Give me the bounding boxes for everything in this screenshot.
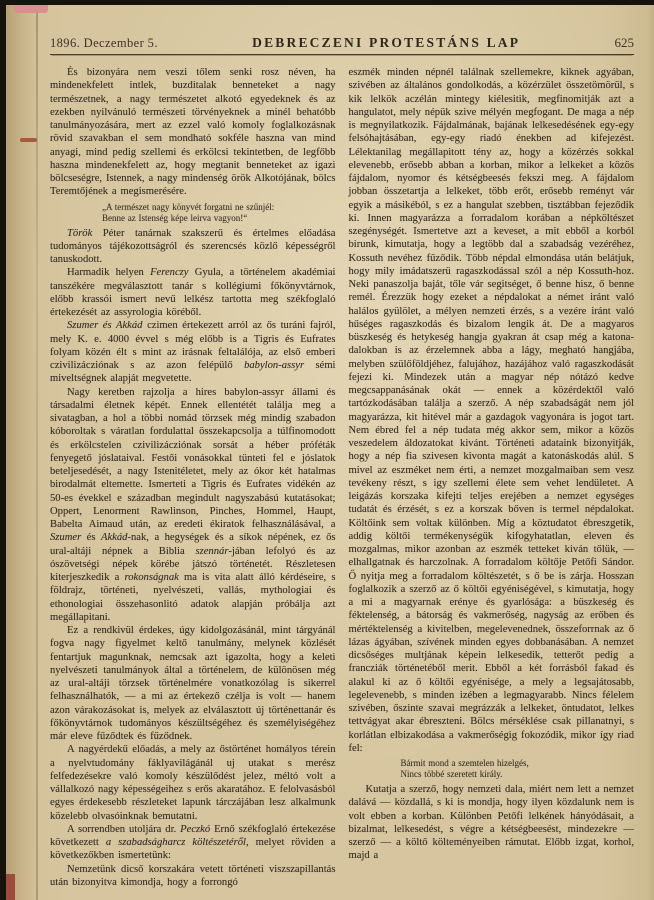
text-run: és [81, 532, 101, 543]
emphasized-text: Akkád [101, 532, 127, 543]
article-columns: És bizonyára nem veszi tőlem senki rosz … [50, 66, 634, 889]
emphasized-text: Török [67, 228, 92, 239]
text-run: Ez a rendkivül érdekes, úgy kidolgozásán… [50, 625, 336, 742]
verse-quote: Bármit mond a szemtelen hizelgés,Nincs t… [401, 758, 635, 780]
page-number: 625 [615, 35, 635, 51]
text-run: A sorrendben utoljára dr. [67, 824, 180, 835]
paragraph: A sorrendben utoljára dr. Peczkó Ernő sz… [50, 823, 336, 863]
text-run: És bizonyára nem veszi tőlem senki rosz … [50, 67, 336, 197]
binding-stitch [20, 138, 37, 142]
verse-line: „A természet nagy könyvét forgatni ne sz… [102, 202, 336, 213]
text-run: A nagyérdekű előadás, a mely az őstörtén… [50, 744, 336, 821]
verse-line: Benne az Istenség képe leirva vagyon!“ [102, 213, 336, 224]
emphasized-text: Ferenczy [150, 267, 188, 278]
paragraph: Nemzetünk dicső korszakára vetett történ… [50, 863, 336, 890]
paragraph: Szumer és Akkád czimen értekezett arról … [50, 319, 336, 385]
binding-edge-bottom [6, 874, 15, 900]
binding-edge-top [14, 5, 48, 13]
paragraph: Harmadik helyen Ferenczy Gyula, a történ… [50, 266, 336, 319]
paragraph: Kutatja a szerző, hogy nemzeti dala, mié… [349, 783, 635, 863]
newspaper-title: DEBRECZENI PROTESTÁNS LAP [158, 35, 615, 51]
text-run: Nemzetünk dicső korszakára vetett történ… [50, 864, 336, 888]
emphasized-text: a szabadságharcz költészetéről, [106, 837, 249, 848]
paragraph: Török Péter tanárnak szakszerű és értelm… [50, 227, 336, 267]
column-left: És bizonyára nem veszi tőlem senki rosz … [50, 66, 336, 889]
text-run: Kutatja a szerző, hogy nemzeti dala, mié… [349, 784, 635, 861]
emphasized-text: Szumer [50, 532, 81, 543]
verse-line: Nincs többé szeretett király. [401, 769, 635, 780]
text-run: eszmék minden népnél találnak szellemekr… [349, 67, 635, 754]
page-content: 1896. Deczember 5. DEBRECZENI PROTESTÁNS… [50, 35, 634, 889]
issue-date: 1896. Deczember 5. [50, 36, 158, 51]
text-run: Harmadik helyen [67, 267, 150, 278]
paragraph: eszmék minden népnél találnak szellemekr… [349, 66, 635, 755]
paragraph: És bizonyára nem veszi tőlem senki rosz … [50, 66, 336, 199]
paragraph: Nagy keretben rajzolja a hires babylon-a… [50, 386, 336, 625]
column-right: eszmék minden népnél találnak szellemekr… [349, 66, 635, 889]
text-run: Nagy keretben rajzolja a hires babylon-a… [50, 387, 336, 531]
emphasized-text: rokonságnak [125, 572, 179, 583]
verse-quote: „A természet nagy könyvét forgatni ne sz… [102, 202, 336, 224]
emphasized-text: Peczkó [180, 824, 210, 835]
text-run: Péter tanárnak szakszerű és értelmes elő… [50, 228, 336, 266]
scanned-page: 1896. Deczember 5. DEBRECZENI PROTESTÁNS… [6, 5, 654, 900]
paragraph: Ez a rendkivül érdekes, úgy kidolgozásán… [50, 624, 336, 743]
emphasized-text: Szumer és Akkád [67, 320, 142, 331]
verse-line: Bármit mond a szemtelen hizelgés, [401, 758, 635, 769]
emphasized-text: szennár [195, 546, 228, 557]
paragraph: A nagyérdekű előadás, a mely az őstörtén… [50, 743, 336, 823]
emphasized-text: babylon-assyr [244, 360, 304, 371]
masthead: 1896. Deczember 5. DEBRECZENI PROTESTÁNS… [50, 35, 634, 55]
